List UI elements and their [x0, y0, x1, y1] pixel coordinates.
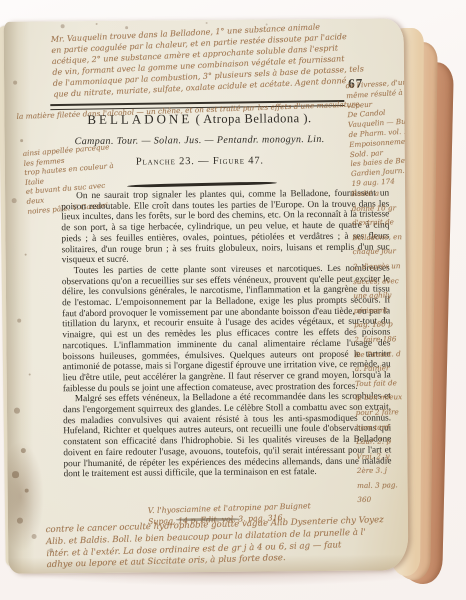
tapered-rule — [127, 181, 277, 187]
foxing-spots — [4, 22, 6, 24]
ink-stain — [4, 441, 45, 551]
paragraph-2: Toutes les parties de cette plante sont … — [62, 263, 391, 394]
body-text: On ne saurait trop signaler les plantes … — [61, 188, 392, 480]
paragraph-3: Malgré ses effets vénéneux, la Belladone… — [63, 392, 392, 480]
page-title: BELLADONE ( Atropa Belladona ). — [34, 110, 364, 129]
paragraph-1: On ne saurait trop signaler les plantes … — [61, 188, 390, 266]
title-main: BELLADONE — [87, 111, 192, 127]
book-page: Mr. Vauquelin trouve dans la Belladone, … — [4, 18, 409, 573]
book-photo: Mr. Vauquelin trouve dans la Belladone, … — [0, 0, 466, 600]
title-latin-name: ( Atropa Belladona ). — [196, 111, 312, 126]
handwritten-note-right-margin: Radié a donné 10 gr d'extrait de Bellado… — [351, 186, 408, 508]
handwritten-note-right-header: de l'ivresse, d'un ost même résulté à un… — [345, 76, 408, 189]
